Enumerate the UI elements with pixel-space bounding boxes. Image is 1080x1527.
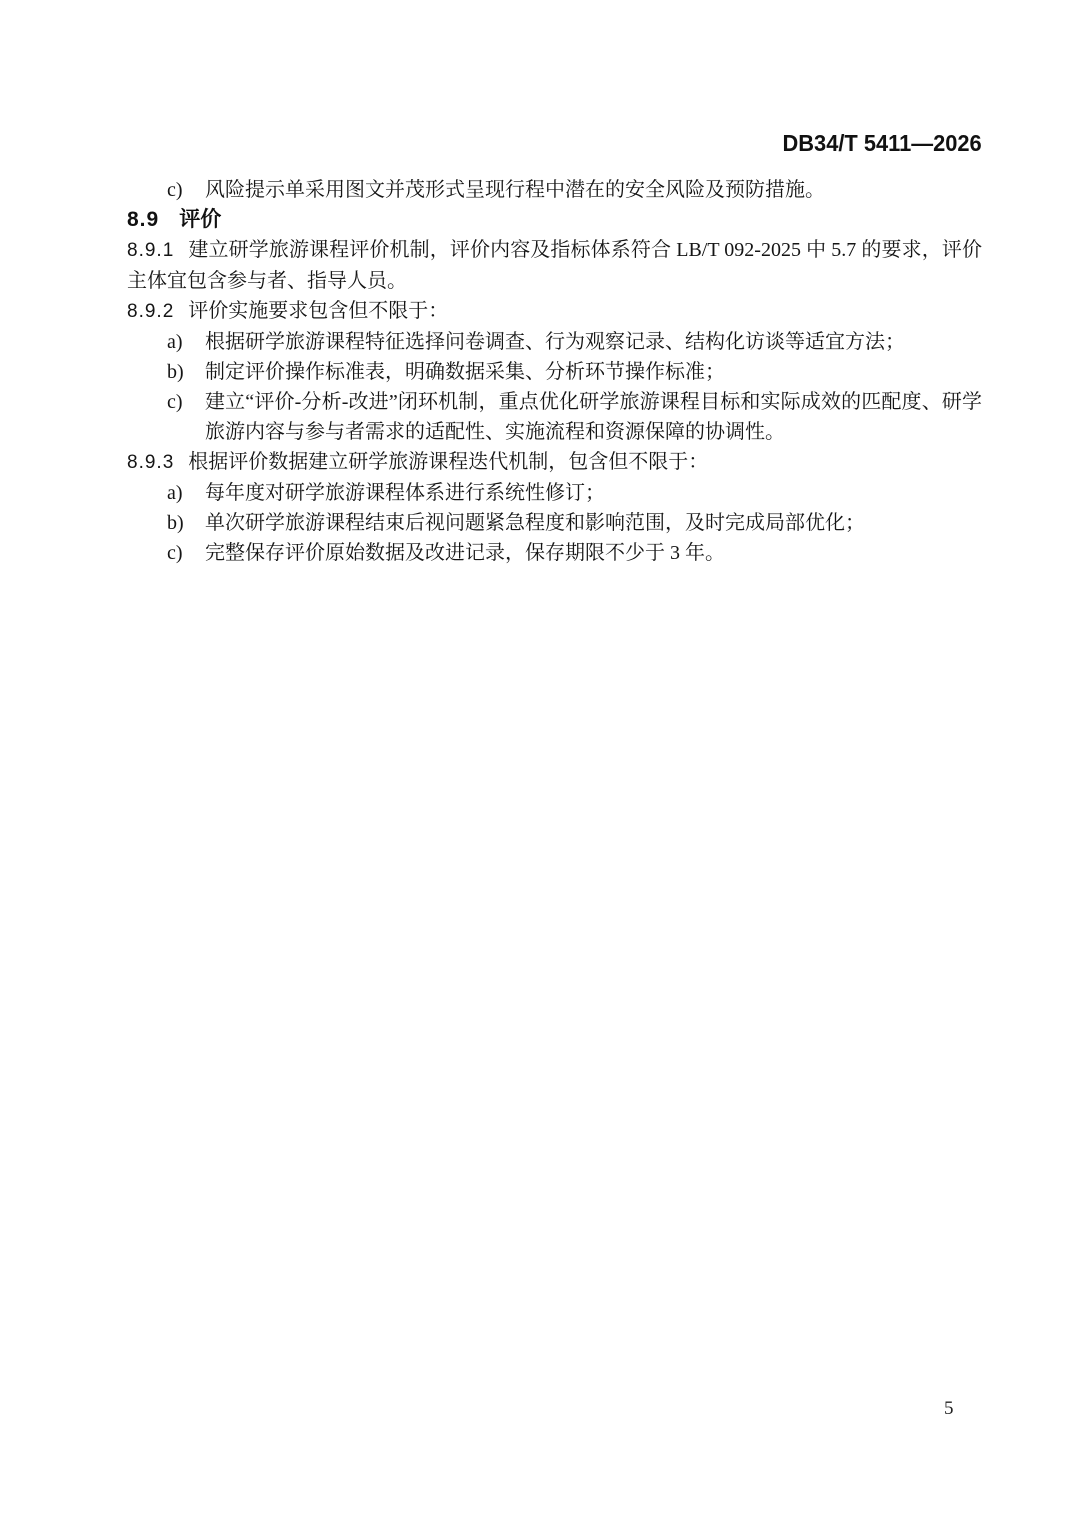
clause-text: 评价实施要求包含但不限于：	[188, 300, 448, 322]
list-item-marker: a)	[167, 478, 183, 508]
list-item-marker: c)	[167, 387, 183, 417]
clause-number: 8.9.2	[127, 301, 188, 322]
section-title: 评价	[179, 208, 221, 231]
list-item: b)单次研学旅游课程结束后视问题紧急程度和影响范围，及时完成局部优化；	[127, 508, 982, 538]
list-item: a)每年度对研学旅游课程体系进行系统性修订；	[127, 478, 982, 508]
list-item: b)制定评价操作标准表，明确数据采集、分析环节操作标准；	[127, 357, 982, 387]
list-item-marker: b)	[167, 508, 184, 538]
list-item-marker: b)	[167, 357, 184, 387]
list-item-text: 每年度对研学旅游课程体系进行系统性修订；	[205, 482, 605, 504]
list-item-marker: a)	[167, 327, 183, 357]
list-item-text: 完整保存评价原始数据及改进记录，保存期限不少于 3 年。	[205, 542, 725, 564]
list-item: c)风险提示单采用图文并茂形式呈现行程中潜在的安全风险及预防措施。	[127, 175, 982, 205]
clause-paragraph: 8.9.1建立研学旅游课程评价机制，评价内容及指标体系符合 LB/T 092-2…	[127, 235, 982, 296]
list-item-text: 制定评价操作标准表，明确数据采集、分析环节操作标准；	[205, 361, 725, 383]
clause-paragraph: 8.9.3根据评价数据建立研学旅游课程迭代机制，包含但不限于：	[127, 447, 982, 478]
section-heading: 8.9评价	[127, 205, 982, 235]
list-item-text: 风险提示单采用图文并茂形式呈现行程中潜在的安全风险及预防措施。	[205, 179, 825, 201]
section-number: 8.9	[127, 208, 179, 231]
clause-number: 8.9.3	[127, 452, 188, 473]
list-item-text: 单次研学旅游课程结束后视问题紧急程度和影响范围，及时完成局部优化；	[205, 512, 865, 534]
document-page: DB34/T 5411—2026 c)风险提示单采用图文并茂形式呈现行程中潜在的…	[0, 0, 1080, 1527]
standard-number-header: DB34/T 5411—2026	[783, 130, 982, 157]
list-item-text: 根据研学旅游课程特征选择问卷调查、行为观察记录、结构化访谈等适宜方法；	[205, 331, 905, 353]
clause-text: 建立研学旅游课程评价机制，评价内容及指标体系符合 LB/T 092-2025 中…	[127, 239, 982, 292]
list-item: c)完整保存评价原始数据及改进记录，保存期限不少于 3 年。	[127, 538, 982, 568]
clause-text: 根据评价数据建立研学旅游课程迭代机制，包含但不限于：	[188, 451, 708, 473]
list-item: a)根据研学旅游课程特征选择问卷调查、行为观察记录、结构化访谈等适宜方法；	[127, 327, 982, 357]
list-item-marker: c)	[167, 175, 183, 205]
list-item-text: 建立“评价-分析-改进”闭环机制，重点优化研学旅游课程目标和实际成效的匹配度、研…	[205, 391, 982, 443]
page-number: 5	[944, 1398, 954, 1420]
document-body: c)风险提示单采用图文并茂形式呈现行程中潜在的安全风险及预防措施。8.9评价8.…	[127, 175, 982, 568]
clause-paragraph: 8.9.2评价实施要求包含但不限于：	[127, 296, 982, 327]
list-item: c)建立“评价-分析-改进”闭环机制，重点优化研学旅游课程目标和实际成效的匹配度…	[127, 387, 982, 447]
clause-number: 8.9.1	[127, 240, 188, 261]
list-item-marker: c)	[167, 538, 183, 568]
